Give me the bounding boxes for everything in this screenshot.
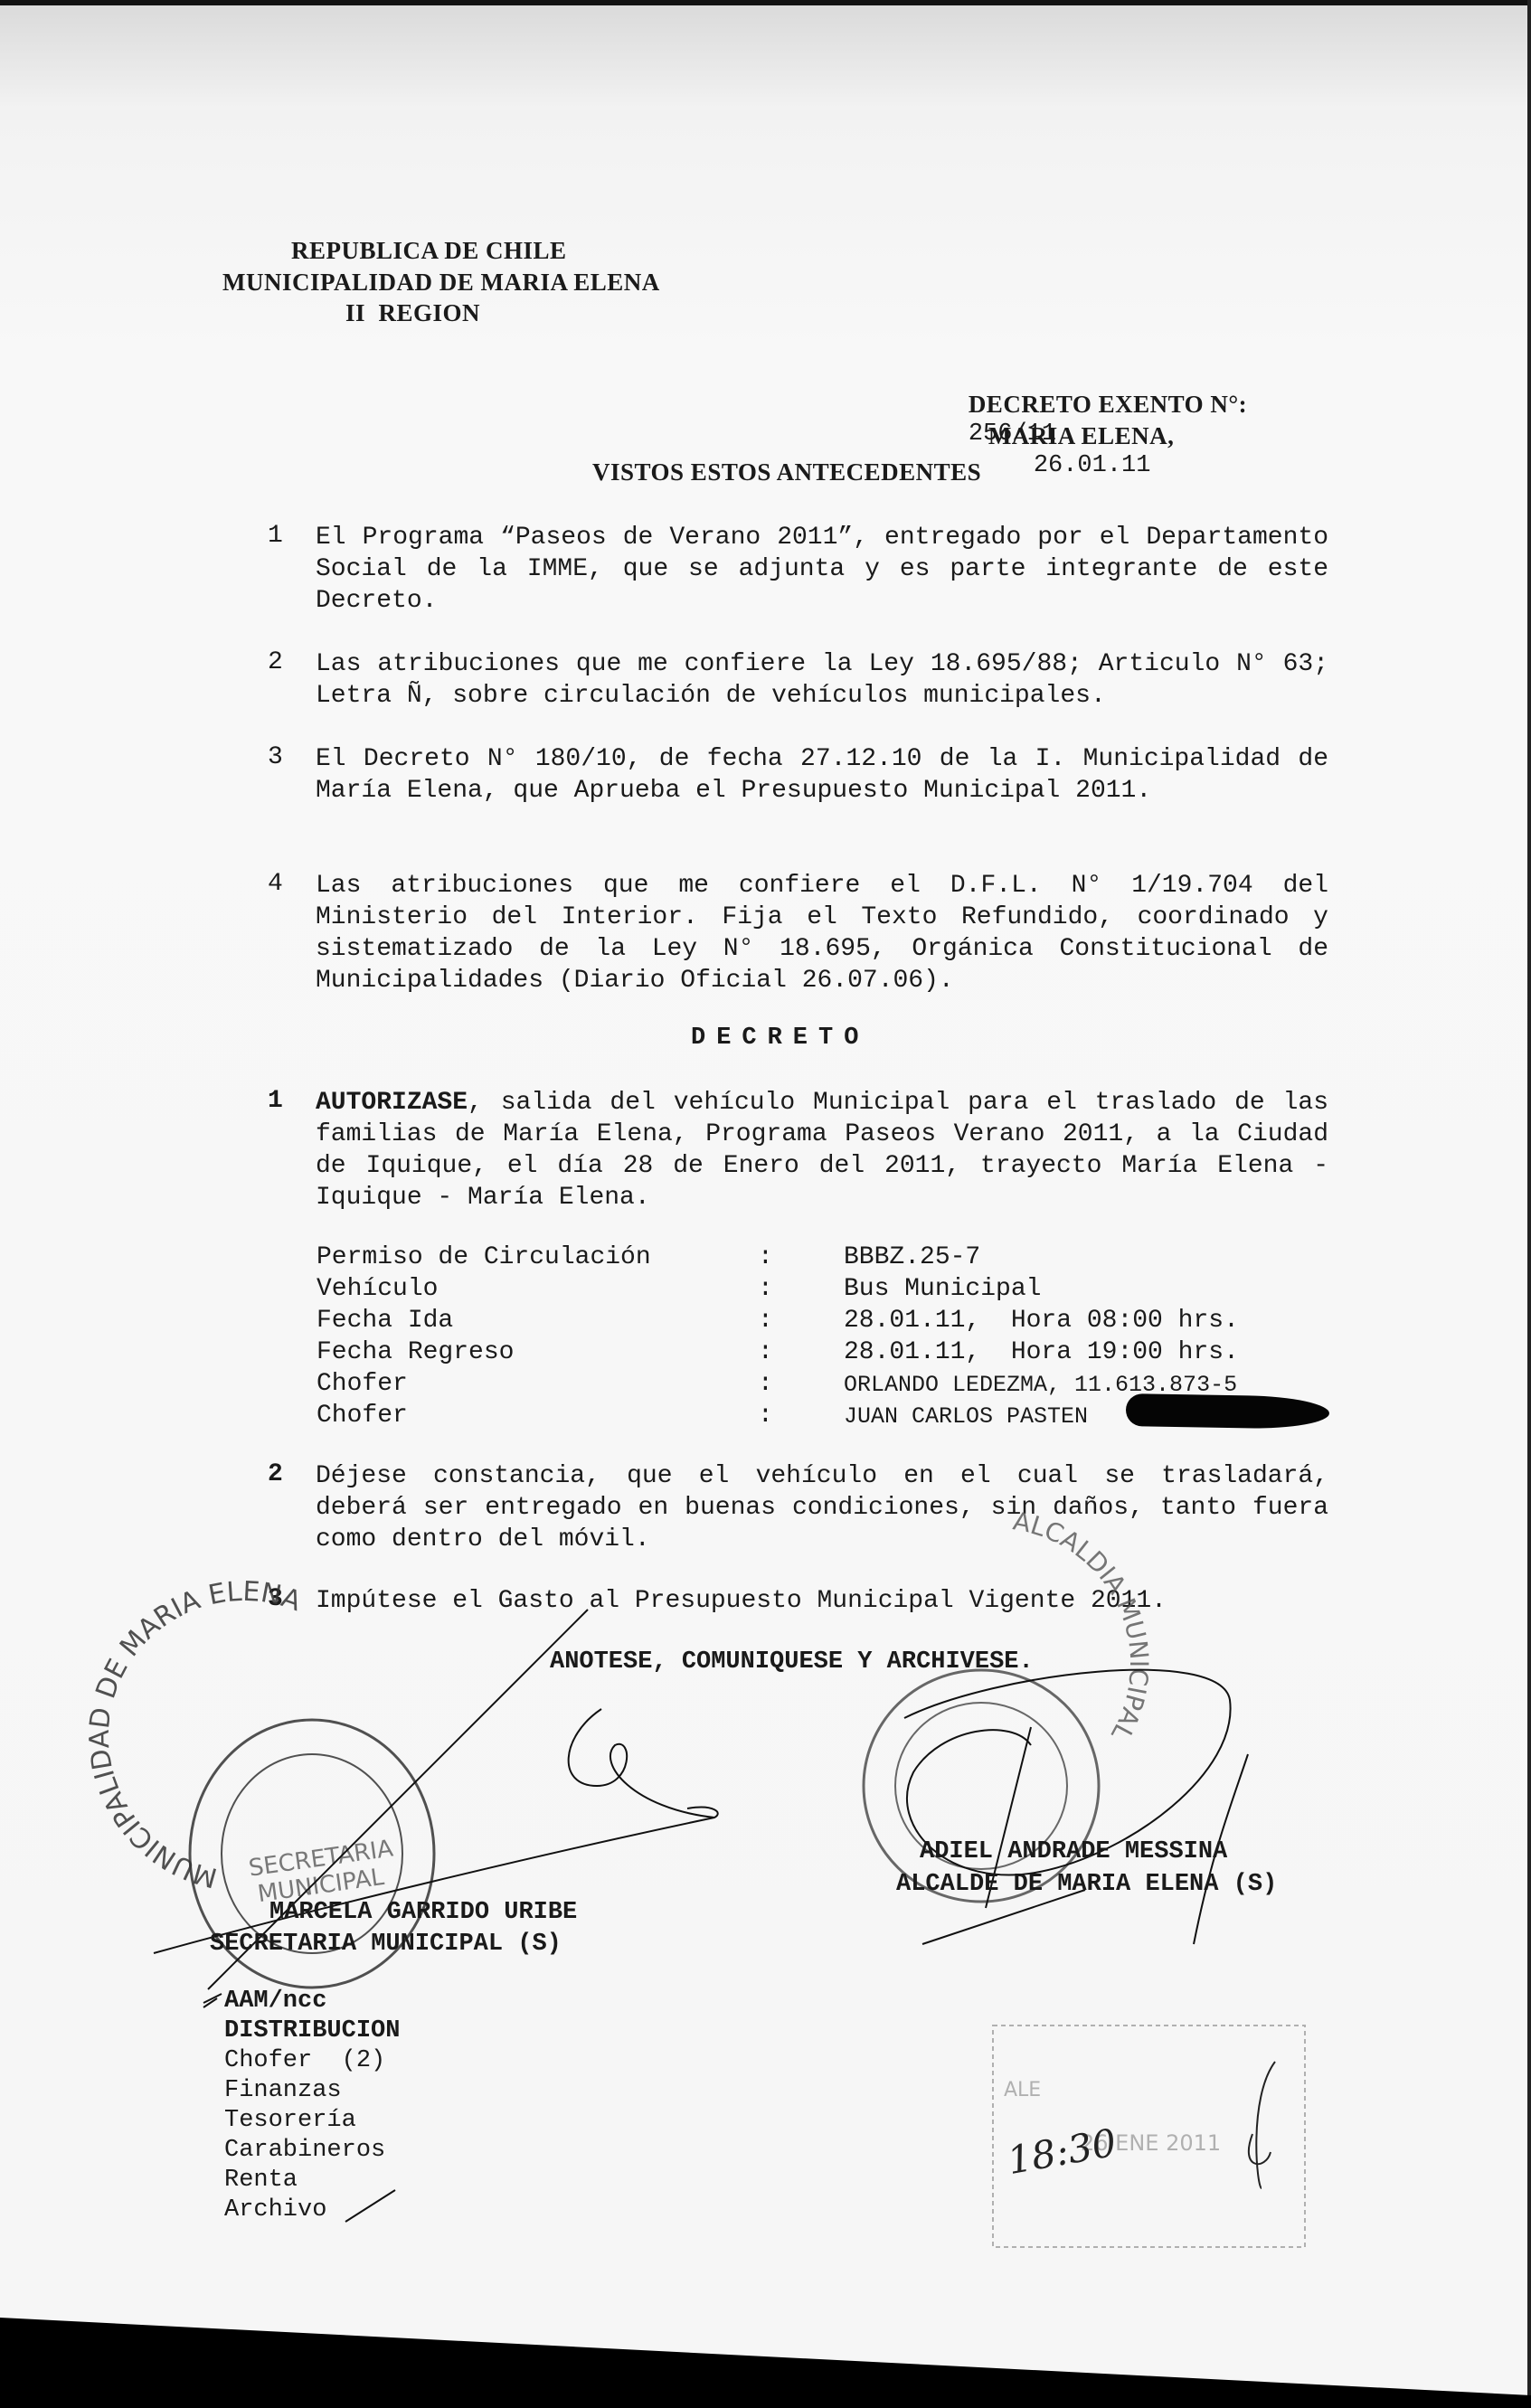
redaction-mark bbox=[1126, 1393, 1330, 1430]
decreto-item-1: AUTORIZASE, salida del vehículo Municipa… bbox=[316, 1087, 1328, 1213]
decreto-item-number: 3 bbox=[268, 1585, 283, 1613]
signer-left-title: SECRETARIA MUNICIPAL (S) bbox=[210, 1931, 562, 1958]
field-label: Vehículo bbox=[317, 1275, 438, 1303]
vistos-item-number: 3 bbox=[268, 743, 283, 771]
field-colon: : bbox=[758, 1370, 773, 1398]
vistos-item-number: 4 bbox=[268, 870, 283, 898]
decreto-item-1-text: , salida del vehículo Municipal para el … bbox=[316, 1089, 1328, 1212]
header-country: REPUBLICA DE CHILE bbox=[291, 237, 567, 265]
alcaldia-seal bbox=[864, 1670, 1099, 1902]
seal-left-ring-text: MUNICIPALIDAD DE MARIA ELENA bbox=[84, 1576, 306, 1893]
field-label: Chofer bbox=[317, 1370, 408, 1398]
vistos-item-3: El Decreto N° 180/10, de fecha 27.12.10 … bbox=[316, 743, 1328, 807]
section-title-vistos: VISTOS ESTOS ANTECEDENTES bbox=[592, 458, 981, 486]
signature-alcalde bbox=[904, 1670, 1248, 1944]
field-colon: : bbox=[758, 1307, 773, 1335]
stamp-handwritten-time: 18:30 bbox=[1004, 2120, 1120, 2183]
svg-text:26 ENE 2011: 26 ENE 2011 bbox=[1081, 2130, 1221, 2156]
scan-edge-right bbox=[1527, 0, 1531, 2408]
decreto-item-number: 2 bbox=[268, 1460, 283, 1488]
authorize-keyword: AUTORIZASE bbox=[316, 1089, 468, 1117]
decreto-item-3: Impútese el Gasto al Presupuesto Municip… bbox=[316, 1585, 1328, 1617]
received-stamp: ALE 26 ENE 2011 bbox=[993, 2026, 1305, 2247]
closing-formula: ANOTESE, COMUNIQUESE Y ARCHIVESE. bbox=[550, 1648, 1034, 1676]
decreto-item-number: 1 bbox=[268, 1087, 283, 1115]
initials: AAM/ncc bbox=[224, 1987, 400, 2016]
scanned-page: REPUBLICA DE CHILE MUNICIPALIDAD DE MARI… bbox=[0, 0, 1531, 2408]
distribution-item: Archivo bbox=[224, 2196, 400, 2225]
field-colon: : bbox=[758, 1275, 773, 1303]
field-value: 28.01.11, Hora 19:00 hrs. bbox=[844, 1338, 1239, 1366]
svg-text:ALE: ALE bbox=[1004, 2079, 1041, 2101]
header-municipality: MUNICIPALIDAD DE MARIA ELENA bbox=[222, 269, 660, 297]
decree-place: MARIA ELENA, bbox=[988, 422, 1175, 449]
signer-left-name: MARCELA GARRIDO URIBE bbox=[269, 1899, 577, 1926]
field-label: Chofer bbox=[317, 1402, 408, 1430]
vistos-item-4: Las atribuciones que me confiere el D.F.… bbox=[316, 870, 1328, 996]
distribution-block: AAM/ncc DISTRIBUCION Chofer (2) Finanzas… bbox=[224, 1987, 400, 2225]
field-value: 28.01.11, Hora 08:00 hrs. bbox=[844, 1307, 1239, 1335]
field-label: Fecha Regreso bbox=[317, 1338, 514, 1366]
field-colon: : bbox=[758, 1402, 773, 1430]
field-label: Fecha Ida bbox=[317, 1307, 453, 1335]
stamp-initials bbox=[1249, 2062, 1275, 2188]
field-value: Bus Municipal bbox=[844, 1275, 1041, 1303]
signer-right-name: ADIEL ANDRADE MESSINA bbox=[920, 1838, 1227, 1865]
field-label: Permiso de Circulación bbox=[317, 1243, 651, 1271]
scan-edge-top bbox=[0, 0, 1531, 5]
field-colon: : bbox=[758, 1243, 773, 1271]
distribution-item: Carabineros bbox=[224, 2136, 400, 2166]
distribution-item: Chofer (2) bbox=[224, 2046, 400, 2076]
decree-date: 26.01.11 bbox=[1034, 452, 1151, 479]
scan-edge-bottom bbox=[0, 2318, 1531, 2408]
vistos-item-number: 1 bbox=[268, 522, 283, 550]
decreto-item-2: Déjese constancia, que el vehículo en el… bbox=[316, 1460, 1328, 1555]
section-title-decreto: DECRETO bbox=[691, 1025, 869, 1052]
vistos-item-number: 2 bbox=[268, 648, 283, 676]
signer-right-title: ALCALDE DE MARIA ELENA (S) bbox=[896, 1871, 1277, 1898]
field-value: BBBZ.25-7 bbox=[844, 1243, 980, 1271]
distribution-item: Tesorería bbox=[224, 2106, 400, 2136]
vistos-item-1: El Programa “Paseos de Verano 2011”, ent… bbox=[316, 522, 1328, 617]
seal-left-center-1: SECRETARIA bbox=[247, 1836, 395, 1883]
decree-place-date: MARIA ELENA, 26.01.11 bbox=[930, 395, 1174, 506]
distribution-item: Renta bbox=[224, 2166, 400, 2196]
field-value: JUAN CARLOS PASTEN bbox=[844, 1403, 1088, 1430]
vistos-item-2: Las atribuciones que me confiere la Ley … bbox=[316, 648, 1328, 712]
field-colon: : bbox=[758, 1338, 773, 1366]
header-region: II REGION bbox=[345, 299, 480, 327]
distribution-title: DISTRIBUCION bbox=[224, 2016, 400, 2046]
distribution-item: Finanzas bbox=[224, 2076, 400, 2106]
